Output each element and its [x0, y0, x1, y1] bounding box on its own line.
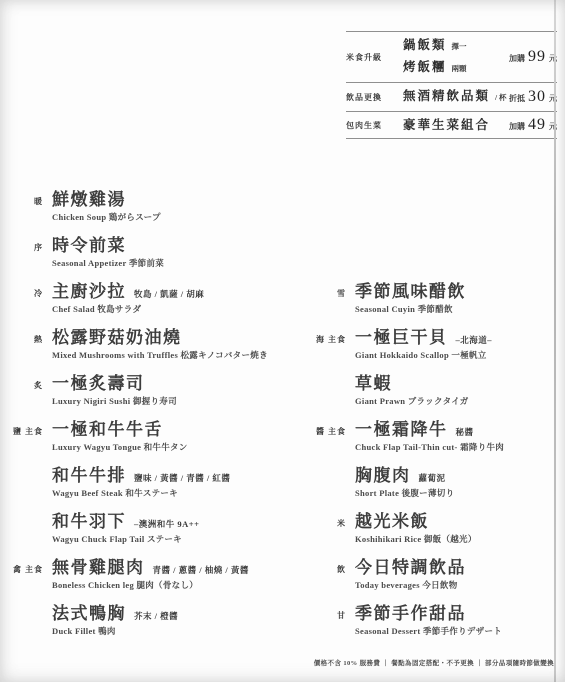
menu-item: 暖鮮燉雞湯Chicken Soup 鶏がらスープ	[10, 190, 295, 236]
dish-title: 季節風味醋飲	[355, 282, 466, 301]
dish-title-row: 松露野菇奶油燒	[52, 328, 295, 347]
dish-body: 一極霜降牛秘醬Chuck Flap Tail-Thin cut- 霜降り牛肉	[355, 420, 558, 466]
upgrade-item-note: 擇一	[452, 37, 467, 57]
upgrade-price: 折抵30元	[509, 88, 557, 106]
dish-title-row: 鮮燉雞湯	[52, 190, 295, 209]
dish-title-row: 季節手作甜品	[355, 604, 558, 623]
upgrade-item-name: 無酒精飲品類	[403, 86, 490, 106]
course-label: 暖	[10, 190, 52, 236]
course-label: 雪	[300, 282, 355, 328]
dish-subtitle: Seasonal Dessert 季節手作りデザート	[355, 625, 558, 637]
price-prefix: 折抵	[509, 93, 525, 104]
course-label	[300, 466, 355, 512]
course-label	[10, 604, 52, 650]
upgrade-item: 烤飯糰兩顆	[403, 57, 509, 79]
menu-item: 禽 主食無骨雞腿肉青醬 / 蔥醬 / 柚燒 / 黃醬Boneless Chick…	[10, 558, 295, 604]
dish-subtitle: Luxury Wagyu Tongue 和牛牛タン	[52, 441, 295, 453]
dish-title: 鮮燉雞湯	[52, 190, 126, 209]
dish-subtitle: Chicken Soup 鶏がらスープ	[52, 211, 295, 223]
menu-item: 草蝦Giant Prawn ブラックタイガ	[300, 374, 558, 420]
dish-options: 蘿蔔泥	[419, 472, 446, 484]
dish-body: 法式鴨胸芥末 / 橙醬Duck Fillet 鴨肉	[52, 604, 295, 650]
menu-item: 海 主食一極巨干貝–北海道–Giant Hokkaido Scallop 一極帆…	[300, 328, 558, 374]
menu-item: 米越光米飯Koshihikari Rice 御飯（越光）	[300, 512, 558, 558]
dish-options: 芥末 / 橙醬	[134, 610, 178, 622]
dish-body: 越光米飯Koshihikari Rice 御飯（越光）	[355, 512, 558, 558]
menu-page: 米食升級鍋飯類擇一烤飯糰兩顆加購99元飲品更換無酒精飲品類/ 杯折抵30元包肉生…	[0, 0, 565, 682]
dish-options: 秘醬	[456, 426, 474, 438]
menu-item: 和牛羽下–澳洲和牛 9A++Wagyu Chuck Flap Tail ステーキ	[10, 512, 295, 558]
dish-body: 主廚沙拉牧島 / 凱薩 / 胡麻Chef Salad 牧島サラダ	[52, 282, 295, 328]
course-label: 熱	[10, 328, 52, 374]
dish-subtitle: Mixed Mushrooms with Truffles 松露キノコバター焼き	[52, 349, 295, 361]
menu-item: 鹽 主食一極和牛牛舌Luxury Wagyu Tongue 和牛牛タン	[10, 420, 295, 466]
upgrade-item: 豪華生菜組合	[403, 115, 509, 135]
dish-options: 鹽味 / 黃醬 / 青醬 / 紅醬	[134, 472, 230, 484]
dish-options: –北海道–	[456, 334, 493, 346]
dish-body: 季節手作甜品Seasonal Dessert 季節手作りデザート	[355, 604, 558, 650]
dish-title-row: 季節風味醋飲	[355, 282, 558, 301]
price-prefix: 加購	[509, 53, 525, 64]
dish-title: 一極霜降牛	[355, 420, 448, 439]
dish-body: 和牛牛排鹽味 / 黃醬 / 青醬 / 紅醬Wagyu Beef Steak 和牛…	[52, 466, 295, 512]
dish-subtitle: Seasonal Appetizer 季節前菜	[52, 257, 295, 269]
dish-body: 鮮燉雞湯Chicken Soup 鶏がらスープ	[52, 190, 295, 236]
course-label: 海 主食	[300, 328, 355, 374]
dish-title: 和牛羽下	[52, 512, 126, 531]
menu-item: 和牛牛排鹽味 / 黃醬 / 青醬 / 紅醬Wagyu Beef Steak 和牛…	[10, 466, 295, 512]
upgrade-row: 米食升級鍋飯類擇一烤飯糰兩顆加購99元	[346, 31, 557, 82]
upgrade-item-name: 鍋飯類	[403, 35, 447, 55]
upgrade-price: 加購99元	[509, 48, 557, 66]
dish-title-row: 無骨雞腿肉青醬 / 蔥醬 / 柚燒 / 黃醬	[52, 558, 295, 577]
dish-body: 一極巨干貝–北海道–Giant Hokkaido Scallop 一極帆立	[355, 328, 558, 374]
dish-subtitle: Giant Prawn ブラックタイガ	[355, 395, 558, 407]
menu-item: 法式鴨胸芥末 / 橙醬Duck Fillet 鴨肉	[10, 604, 295, 650]
dish-body: 無骨雞腿肉青醬 / 蔥醬 / 柚燒 / 黃醬Boneless Chicken l…	[52, 558, 295, 604]
dish-title: 和牛牛排	[52, 466, 126, 485]
price-amount: 49	[528, 116, 546, 134]
dish-body: 一極炙壽司Luxury Nigiri Sushi 御握り寿司	[52, 374, 295, 420]
dish-title-row: 今日特調飲品	[355, 558, 558, 577]
dish-body: 草蝦Giant Prawn ブラックタイガ	[355, 374, 558, 420]
dish-title: 季節手作甜品	[355, 604, 466, 623]
menu-item: 飲今日特調飲品Today beverages 今日飲物	[300, 558, 558, 604]
dish-title: 無骨雞腿肉	[52, 558, 145, 577]
course-label: 米	[300, 512, 355, 558]
upgrade-row: 包肉生菜豪華生菜組合加購49元	[346, 111, 557, 139]
upgrade-items: 豪華生菜組合	[403, 115, 509, 135]
upgrade-item-name: 烤飯糰	[403, 57, 447, 77]
price-amount: 99	[528, 48, 546, 66]
dish-body: 一極和牛牛舌Luxury Wagyu Tongue 和牛牛タン	[52, 420, 295, 466]
upgrade-item-name: 豪華生菜組合	[403, 115, 490, 135]
course-label: 禽 主食	[10, 558, 52, 604]
menu-column-left: 暖鮮燉雞湯Chicken Soup 鶏がらスープ序時令前菜Seasonal Ap…	[10, 190, 295, 650]
dish-title: 草蝦	[355, 374, 392, 393]
dish-body: 季節風味醋飲Seasonal Cuyin 季節醋飲	[355, 282, 558, 328]
dish-options: –澳洲和牛 9A++	[134, 518, 199, 530]
dish-title: 越光米飯	[355, 512, 429, 531]
dish-options: 牧島 / 凱薩 / 胡麻	[134, 288, 204, 300]
dish-title-row: 和牛羽下–澳洲和牛 9A++	[52, 512, 295, 531]
dish-body: 松露野菇奶油燒Mixed Mushrooms with Truffles 松露キ…	[52, 328, 295, 374]
menu-column-right: 雪季節風味醋飲Seasonal Cuyin 季節醋飲海 主食一極巨干貝–北海道–…	[300, 282, 558, 650]
menu-item: 熱松露野菇奶油燒Mixed Mushrooms with Truffles 松露…	[10, 328, 295, 374]
dish-title-row: 越光米飯	[355, 512, 558, 531]
dish-title-row: 一極巨干貝–北海道–	[355, 328, 558, 347]
dish-title: 一極巨干貝	[355, 328, 448, 347]
upgrade-item-note: 兩顆	[452, 59, 467, 79]
price-prefix: 加購	[509, 121, 525, 132]
menu-item: 冷主廚沙拉牧島 / 凱薩 / 胡麻Chef Salad 牧島サラダ	[10, 282, 295, 328]
course-label	[10, 466, 52, 512]
course-label	[300, 374, 355, 420]
dish-body: 和牛羽下–澳洲和牛 9A++Wagyu Chuck Flap Tail ステーキ	[52, 512, 295, 558]
upgrade-price: 加購49元	[509, 116, 557, 134]
course-label: 飲	[300, 558, 355, 604]
upgrade-category: 包肉生菜	[346, 120, 403, 131]
dish-title: 時令前菜	[52, 236, 126, 255]
dish-title-row: 時令前菜	[52, 236, 295, 255]
dish-options: 青醬 / 蔥醬 / 柚燒 / 黃醬	[153, 564, 249, 576]
dish-title-row: 草蝦	[355, 374, 558, 393]
upgrade-row: 飲品更換無酒精飲品類/ 杯折抵30元	[346, 82, 557, 111]
dish-subtitle: Giant Hokkaido Scallop 一極帆立	[355, 349, 558, 361]
dish-title-row: 一極霜降牛秘醬	[355, 420, 558, 439]
upgrade-category: 米食升級	[346, 52, 403, 63]
menu-item: 雪季節風味醋飲Seasonal Cuyin 季節醋飲	[300, 282, 558, 328]
dish-title: 松露野菇奶油燒	[52, 328, 182, 347]
dish-body: 胸腹肉蘿蔔泥Short Plate 後腹ー薄切り	[355, 466, 558, 512]
menu-item: 胸腹肉蘿蔔泥Short Plate 後腹ー薄切り	[300, 466, 558, 512]
dish-title: 胸腹肉	[355, 466, 411, 485]
course-label: 序	[10, 236, 52, 282]
upgrade-item: 鍋飯類擇一	[403, 35, 509, 57]
dish-subtitle: Duck Fillet 鴨肉	[52, 625, 295, 637]
dish-title: 一極炙壽司	[52, 374, 145, 393]
dish-title: 主廚沙拉	[52, 282, 126, 301]
dish-subtitle: Koshihikari Rice 御飯（越光）	[355, 533, 558, 545]
upgrade-category: 飲品更換	[346, 92, 403, 103]
price-amount: 30	[528, 88, 546, 106]
dish-subtitle: Chef Salad 牧島サラダ	[52, 303, 295, 315]
dish-subtitle: Seasonal Cuyin 季節醋飲	[355, 303, 558, 315]
menu-item: 甘季節手作甜品Seasonal Dessert 季節手作りデザート	[300, 604, 558, 650]
upgrade-items: 無酒精飲品類/ 杯	[403, 86, 509, 108]
dish-title-row: 胸腹肉蘿蔔泥	[355, 466, 558, 485]
dish-body: 時令前菜Seasonal Appetizer 季節前菜	[52, 236, 295, 282]
upgrade-items: 鍋飯類擇一烤飯糰兩顆	[403, 35, 509, 79]
course-label: 炙	[10, 374, 52, 420]
dish-subtitle: Wagyu Chuck Flap Tail ステーキ	[52, 533, 295, 545]
footer-note: 價格不含 10% 服務費 ｜ 餐點為固定搭配・不予更換 ｜ 部分品項隨時節做變換	[314, 658, 554, 667]
menu-item: 炙一極炙壽司Luxury Nigiri Sushi 御握り寿司	[10, 374, 295, 420]
upgrade-item-note: / 杯	[495, 88, 506, 108]
dish-subtitle: Luxury Nigiri Sushi 御握り寿司	[52, 395, 295, 407]
dish-title-row: 法式鴨胸芥末 / 橙醬	[52, 604, 295, 623]
upgrade-item: 無酒精飲品類/ 杯	[403, 86, 509, 108]
dish-subtitle: Short Plate 後腹ー薄切り	[355, 487, 558, 499]
dish-title-row: 和牛牛排鹽味 / 黃醬 / 青醬 / 紅醬	[52, 466, 295, 485]
course-label	[10, 512, 52, 558]
menu-item: 序時令前菜Seasonal Appetizer 季節前菜	[10, 236, 295, 282]
dish-subtitle: Today beverages 今日飲物	[355, 579, 558, 591]
menu-item: 醬 主食一極霜降牛秘醬Chuck Flap Tail-Thin cut- 霜降り…	[300, 420, 558, 466]
dish-title: 今日特調飲品	[355, 558, 466, 577]
course-label: 冷	[10, 282, 52, 328]
course-label: 鹽 主食	[10, 420, 52, 466]
dish-title: 法式鴨胸	[52, 604, 126, 623]
dish-subtitle: Wagyu Beef Steak 和牛ステーキ	[52, 487, 295, 499]
course-label: 甘	[300, 604, 355, 650]
dish-title: 一極和牛牛舌	[52, 420, 163, 439]
dish-subtitle: Chuck Flap Tail-Thin cut- 霜降り牛肉	[355, 441, 558, 453]
dish-title-row: 一極和牛牛舌	[52, 420, 295, 439]
dish-body: 今日特調飲品Today beverages 今日飲物	[355, 558, 558, 604]
dish-title-row: 一極炙壽司	[52, 374, 295, 393]
upgrade-table: 米食升級鍋飯類擇一烤飯糰兩顆加購99元飲品更換無酒精飲品類/ 杯折抵30元包肉生…	[346, 31, 557, 139]
course-label: 醬 主食	[300, 420, 355, 466]
page-edge-shadow	[554, 0, 556, 682]
dish-title-row: 主廚沙拉牧島 / 凱薩 / 胡麻	[52, 282, 295, 301]
dish-subtitle: Boneless Chicken leg 腿肉（骨なし）	[52, 579, 295, 591]
